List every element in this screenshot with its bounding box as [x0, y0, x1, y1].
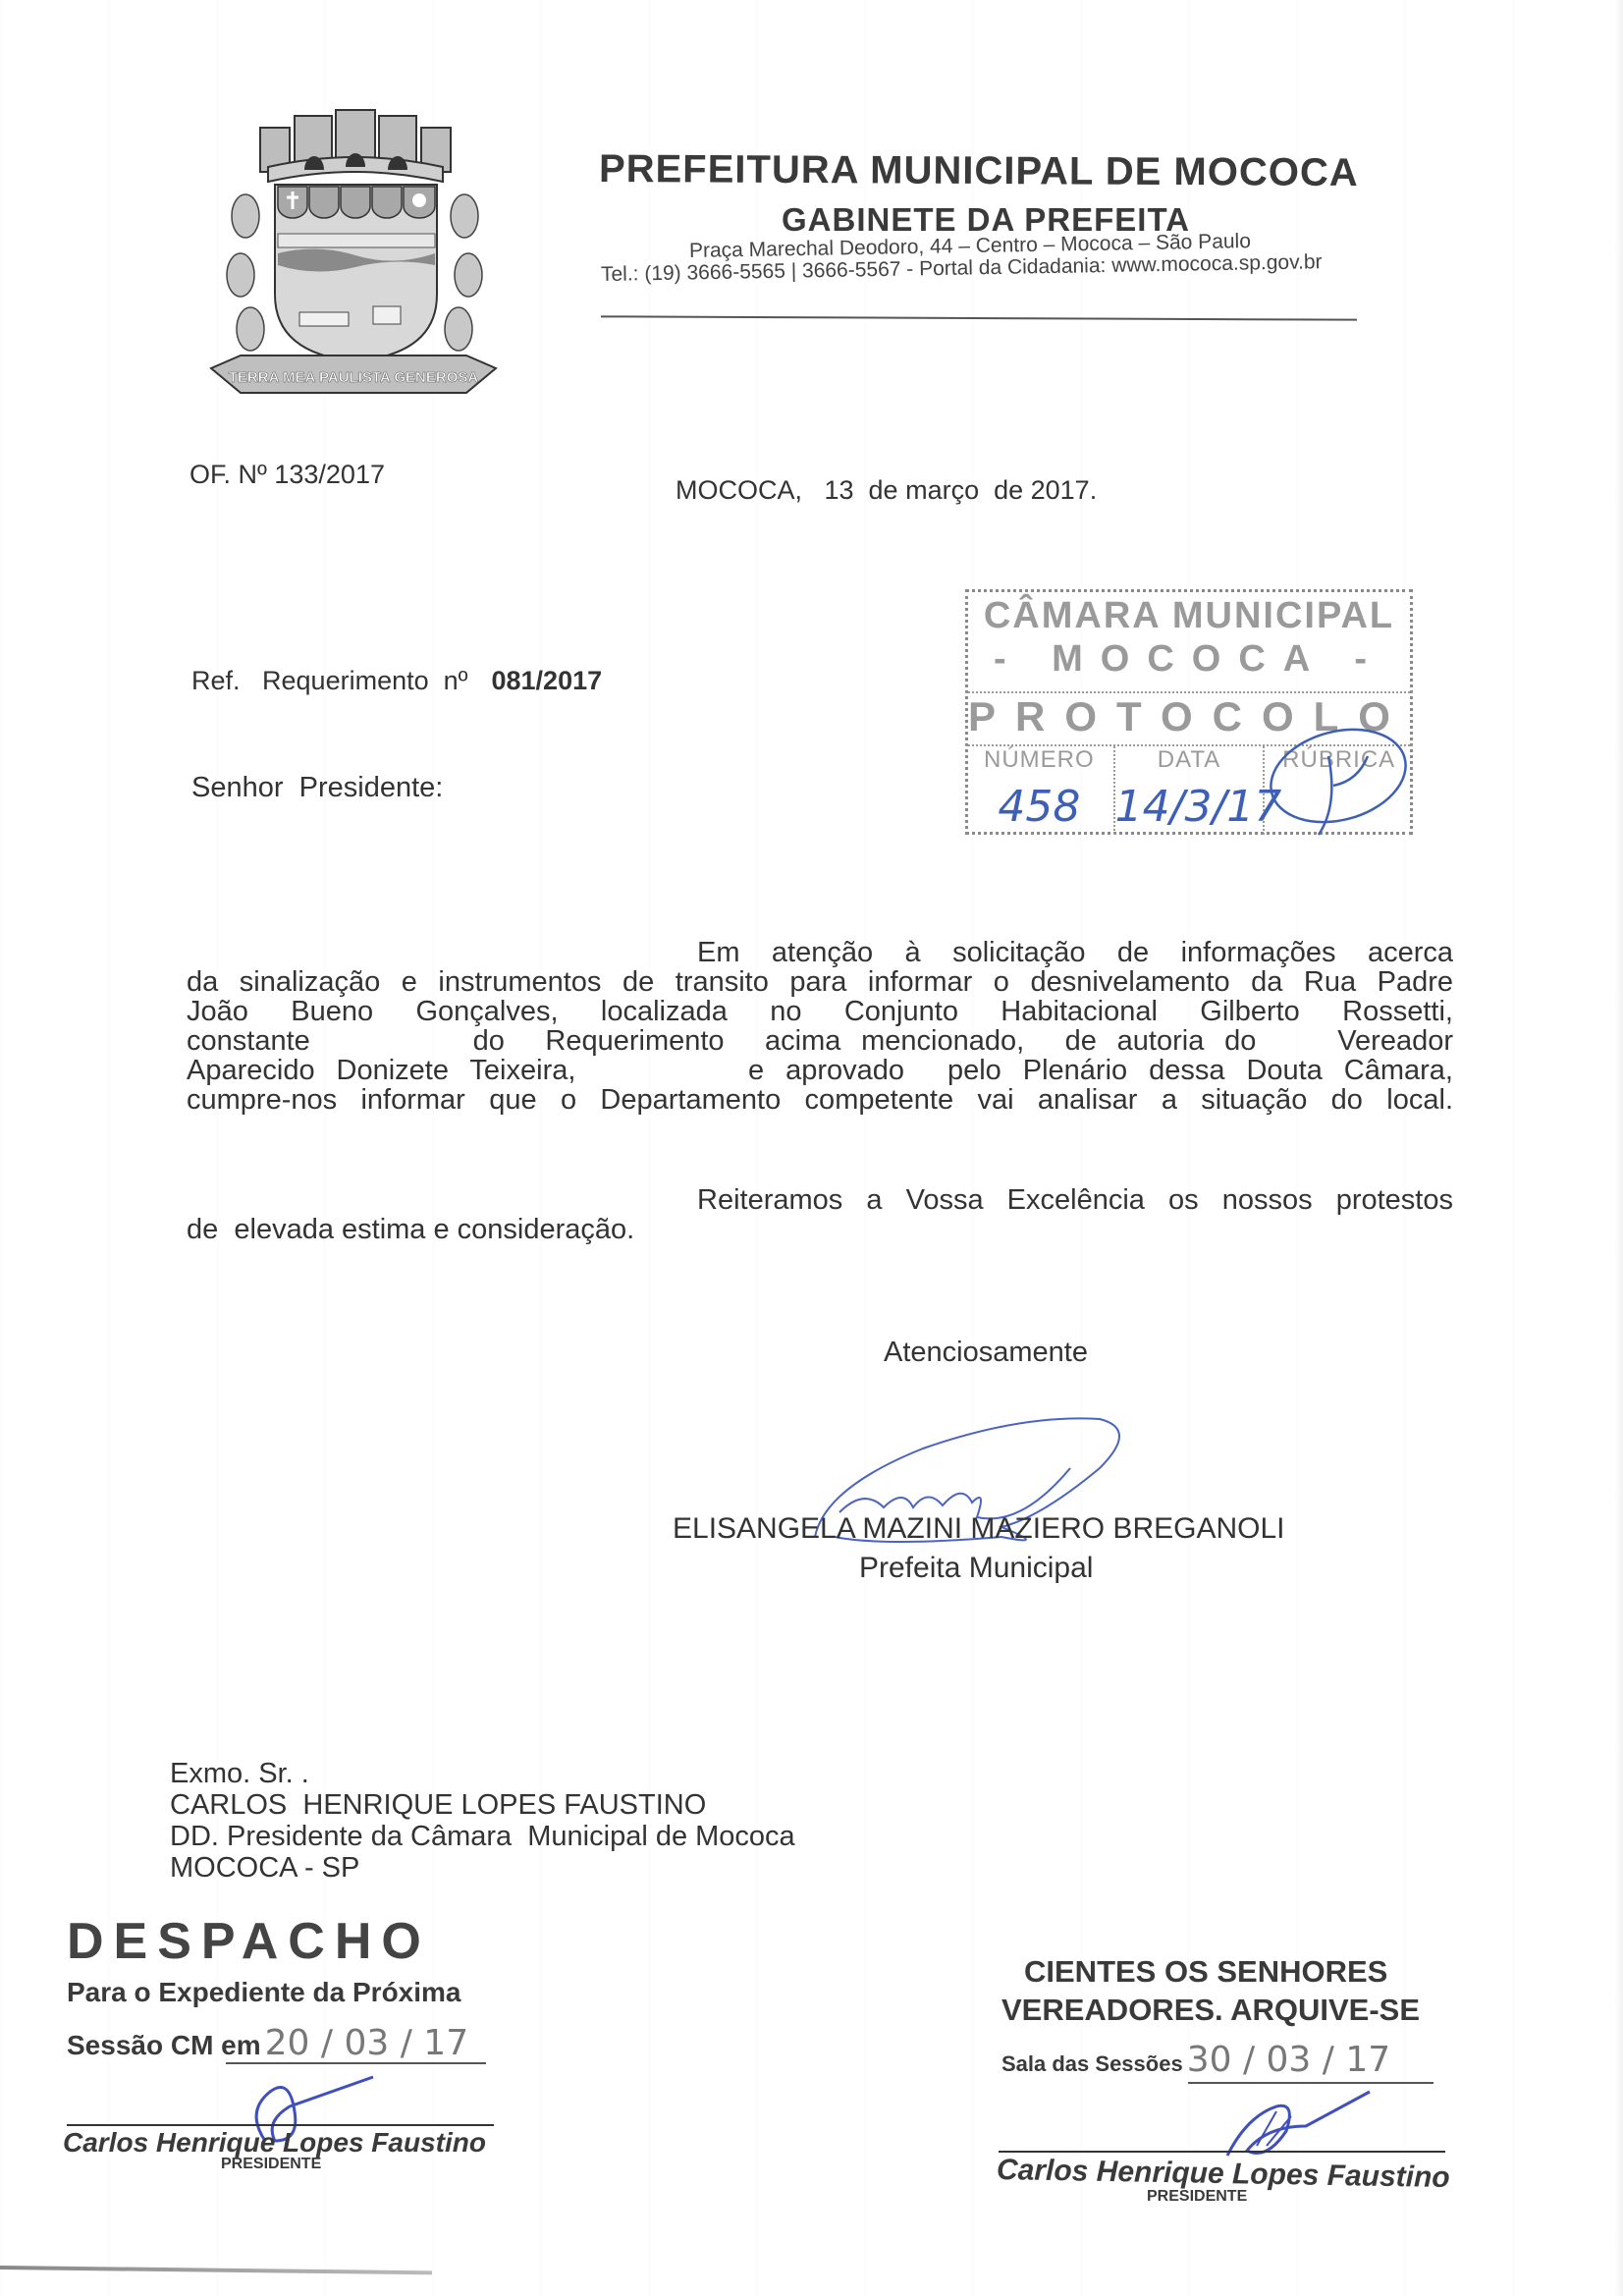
despacho-line-2: Sessão CM em20 / 03 / 17: [67, 2023, 468, 2063]
despacho-signer-name: Carlos Henrique Lopes Faustino: [63, 2127, 486, 2159]
rubric-signature-icon: [1260, 727, 1417, 840]
coat-motto: TERRA MEA PAULISTA GENEROSA: [229, 369, 479, 386]
salutation: Senhor Presidente:: [191, 772, 443, 804]
reference-number: 081/2017: [492, 666, 603, 695]
stamp-line-1: CÂMARA MUNICIPAL: [965, 595, 1413, 637]
body-paragraph-2: Reiteramos a Vossa Excelência os nossos …: [187, 1185, 1453, 1244]
despacho-signer-role: PRESIDENTE: [221, 2156, 321, 2173]
cientes-line-3: Sala das Sessões30 / 03 / 17: [1001, 2040, 1390, 2080]
page-edge-shadow: [0, 2266, 432, 2274]
cientes-date-underline: [1188, 2082, 1434, 2084]
cientes-signature-icon: [1208, 2087, 1375, 2165]
stamp-col-number: NÚMERO 458: [965, 746, 1115, 835]
despacho-signature-line: [67, 2124, 494, 2126]
header-divider: [601, 315, 1357, 320]
despacho-line-1: Para o Expediente da Próxima: [67, 1977, 461, 2008]
closing: Atenciosamente: [884, 1337, 1088, 1369]
protocol-date: 14/3/17: [1115, 782, 1264, 832]
despacho-date: 20 / 03 / 17: [265, 2023, 468, 2063]
body-paragraph-1: Em atenção à solicitação de informações …: [187, 938, 1453, 1115]
stamp-col-date: DATA 14/3/17: [1115, 746, 1266, 835]
reference-label: Ref. Requerimento nº: [191, 666, 468, 695]
cientes-line-2: VEREADORES. ARQUIVE-SE: [1001, 1993, 1420, 2028]
coat-of-arms-icon: TERRA MEA PAULISTA GENEROSA: [201, 98, 506, 412]
cientes-line-1: CIENTES OS SENHORES: [1024, 1954, 1387, 1990]
protocol-stamp: CÂMARA MUNICIPAL - MOCOCA - PROTOCOLO NÚ…: [965, 589, 1413, 835]
addressee-block: Exmo. Sr. . CARLOS HENRIQUE LOPES FAUSTI…: [170, 1758, 795, 1884]
reference: Ref. Requerimento nº081/2017: [191, 666, 602, 696]
institution-title: PREFEITURA MUNICIPAL DE MOCOCA: [599, 147, 1359, 195]
city-date: MOCOCA, 13 de março de 2017.: [676, 475, 1097, 506]
signer-name: ELISANGELA MAZINI MAZIERO BREGANOLI: [673, 1512, 1284, 1546]
cientes-signer-role: PRESIDENTE: [1147, 2188, 1247, 2206]
office-number: OF. Nº 133/2017: [189, 460, 385, 490]
despacho-title: DESPACHO: [67, 1912, 431, 1971]
page-right-edge: [1615, 0, 1623, 2296]
cientes-date: 30 / 03 / 17: [1187, 2040, 1390, 2080]
protocol-number: 458: [965, 782, 1113, 832]
signer-title: Prefeita Municipal: [859, 1552, 1093, 1585]
cientes-signature-line: [999, 2151, 1445, 2153]
stamp-line-2: - MOCOCA -: [965, 638, 1413, 681]
despacho-date-underline: [226, 2062, 486, 2064]
